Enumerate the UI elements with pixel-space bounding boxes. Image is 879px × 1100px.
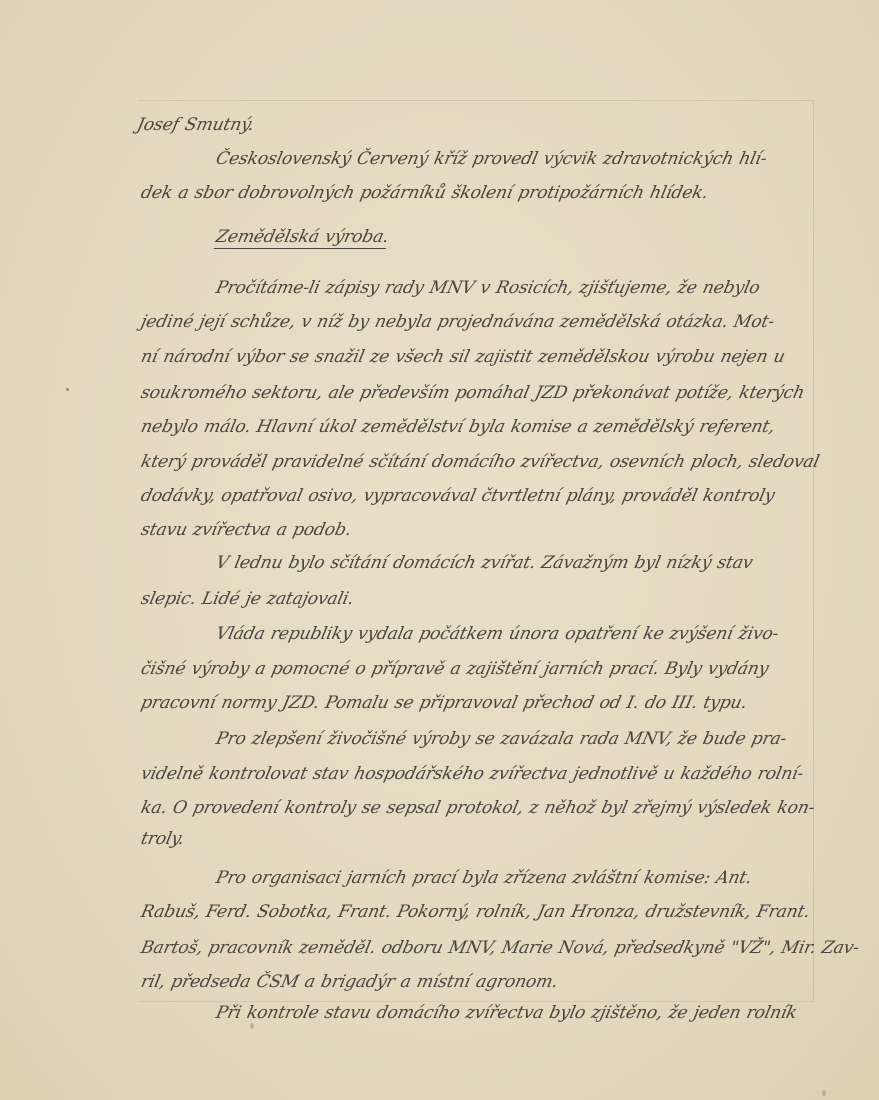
- text-line: slepic. Lidé je zatajovali.: [138, 584, 357, 614]
- text-line: ka. O provedení kontroly se sepsal proto…: [138, 793, 817, 823]
- text-line: Josef Smutný.: [134, 110, 257, 140]
- text-line: Československý Červený kříž provedl výcv…: [138, 144, 770, 174]
- text-line: Pro organisaci jarních prací byla zřízen…: [138, 863, 755, 893]
- text-line: Při kontrole stavu domácího zvířectva by…: [138, 998, 800, 1028]
- text-line: Pročítáme-li zápisy rady MNV v Rosicích,…: [138, 273, 763, 303]
- text-line: stavu zvířectva a podob.: [138, 515, 354, 545]
- paper-speck: [66, 388, 69, 391]
- section-heading: Zemědělská výroba.: [138, 222, 392, 252]
- text-line: Pro zlepšení živočišné výroby se zavázal…: [138, 724, 789, 754]
- text-line: pracovní normy JZD. Pomalu se připravova…: [138, 688, 750, 718]
- text-line: Rabuš, Ferd. Sobotka, Frant. Pokorný, ro…: [138, 897, 813, 927]
- text-line: Vláda republiky vydala počátkem února op…: [138, 619, 781, 649]
- text-line: který prováděl pravidelné sčítání domácí…: [138, 447, 822, 477]
- text-line: troly.: [138, 824, 187, 854]
- text-line: dek a sbor dobrovolných požárníků školen…: [138, 178, 711, 208]
- text-line: ní národní výbor se snažil ze všech sil …: [138, 342, 788, 372]
- text-line: Bartoš, pracovník zeměděl. odboru MNV, M…: [138, 933, 862, 963]
- text-line: V lednu bylo sčítání domácích zvířat. Zá…: [138, 548, 756, 578]
- text-line: jediné její schůze, v níž by nebyla proj…: [138, 307, 777, 337]
- text-line: dodávky, opatřoval osivo, vypracovával č…: [138, 481, 777, 511]
- text-line: videlně kontrolovat stav hospodářského z…: [138, 759, 806, 789]
- text-line: ril, předseda ČSM a brigadýr a místní ag…: [138, 967, 561, 997]
- paper-speck: [822, 1090, 826, 1096]
- text-line: nebylo málo. Hlavní úkol zemědělství byl…: [138, 412, 778, 442]
- text-line: čišné výroby a pomocné o přípravě a zaji…: [138, 654, 771, 684]
- text-line: soukromého sektoru, ale především pomáha…: [138, 378, 807, 408]
